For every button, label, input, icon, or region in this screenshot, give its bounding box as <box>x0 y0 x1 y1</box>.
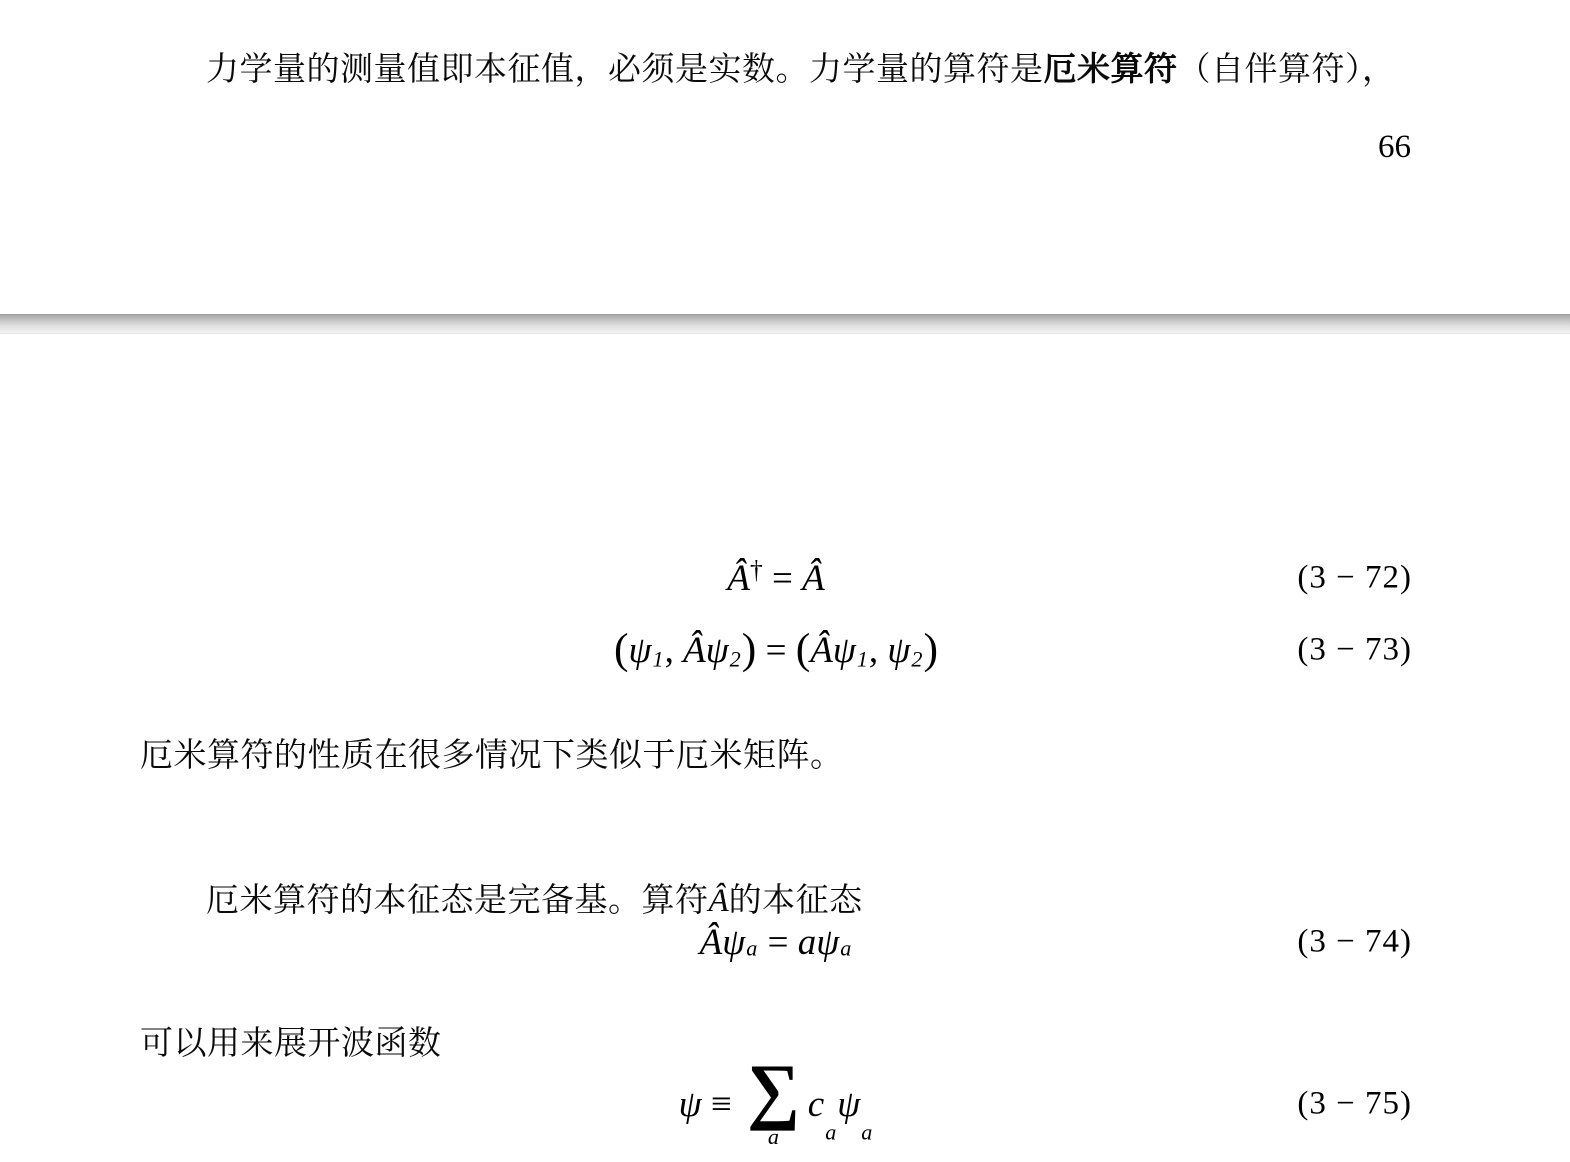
paragraph-intro: 力学量的测量值即本征值，必须是实数。力学量的算符是厄米算符（自伴算符）， <box>140 47 1420 93</box>
paragraph-hermitian-property: 厄米算符的性质在很多情况下类似于厄米矩阵。 <box>140 733 1420 779</box>
equation-number-3-75: (3 − 75) <box>1297 1086 1412 1123</box>
equation-expr-3-75: ψ ≡ ∑acaψa <box>679 1060 874 1148</box>
page-break-shadow <box>0 314 1570 334</box>
summation-symbol: ∑a <box>747 1060 800 1148</box>
equation-number-3-73: (3 − 73) <box>1297 632 1412 669</box>
equation-number-3-72: (3 − 72) <box>1297 560 1412 597</box>
document-page: 力学量的测量值即本征值，必须是实数。力学量的算符是厄米算符（自伴算符）， 66 … <box>0 0 1570 1162</box>
paragraph-intro-pre: 力学量的测量值即本征值，必须是实数。力学量的算符是 <box>206 52 1044 88</box>
paragraph-intro-post: （自伴算符）， <box>1178 52 1396 88</box>
equation-row-3-73: (ψ1, Âψ2) = (Âψ1, ψ2) (3 − 73) <box>140 620 1412 680</box>
equation-row-3-72: Â† = Â (3 − 72) <box>140 548 1412 608</box>
equation-expr-3-74: Âψa = aψa <box>700 921 853 964</box>
paragraph-intro-bold-term: 厄米算符 <box>1044 52 1178 88</box>
equation-expr-3-72: Â† = Â <box>727 557 825 600</box>
page-number: 66 <box>1378 128 1411 168</box>
equation-number-3-74: (3 − 74) <box>1297 924 1412 961</box>
equation-row-3-74: Âψa = aψa (3 − 74) <box>140 912 1412 972</box>
equation-row-3-75: ψ ≡ ∑acaψa (3 − 75) <box>140 1056 1412 1152</box>
equation-expr-3-73: (ψ1, Âψ2) = (Âψ1, ψ2) <box>614 625 938 675</box>
